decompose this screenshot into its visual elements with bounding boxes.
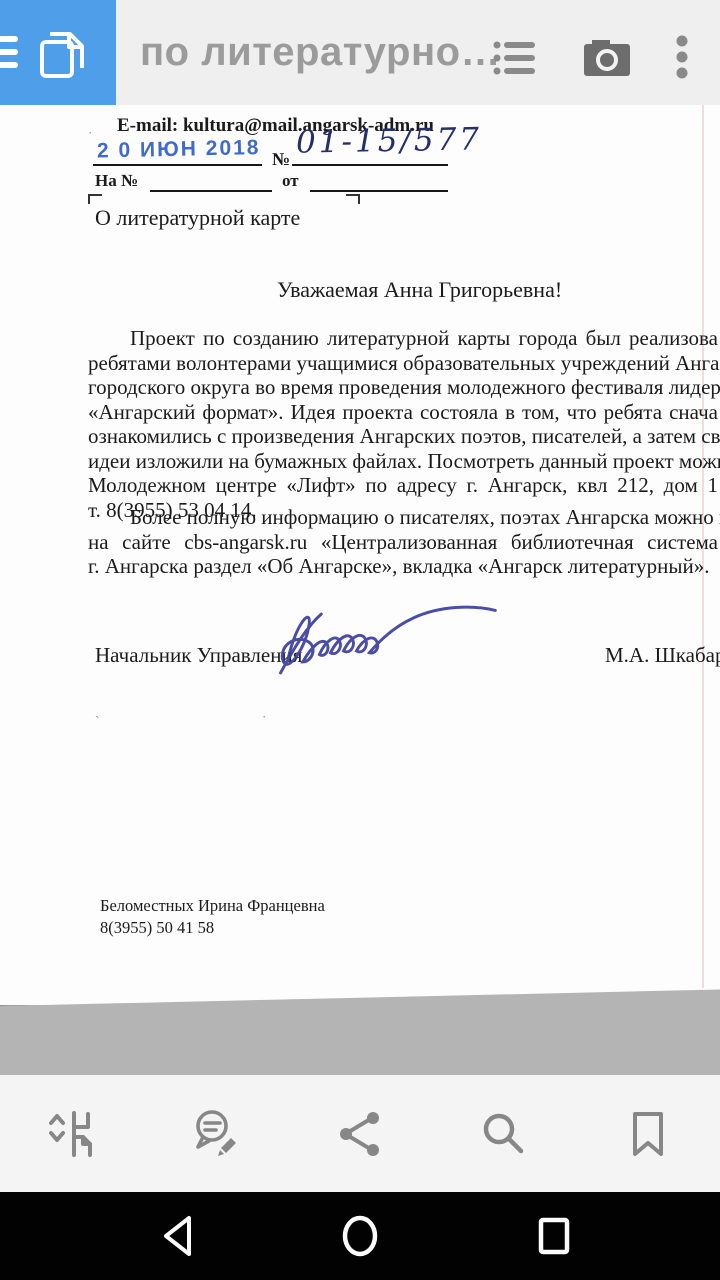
- scan-speck: ·: [88, 125, 92, 141]
- text-line: на сайте cbs-angarsk.ru «Централизованна…: [88, 530, 718, 555]
- ref-on-label: На №: [95, 171, 138, 191]
- date-underline: [93, 138, 262, 166]
- number-underline: [292, 138, 448, 166]
- document-pages-icon: [36, 30, 88, 80]
- ref-from-label: от: [282, 171, 299, 191]
- addressee-corner-left: [88, 194, 102, 204]
- ref-on-underline: [150, 167, 272, 192]
- contact-block: Беломестных Ирина Францевна 8(3955) 50 4…: [100, 895, 325, 939]
- scroll-mode-icon[interactable]: [47, 1109, 97, 1159]
- text-line: городского округа во время проведения мо…: [88, 375, 718, 400]
- contact-phone: 8(3955) 50 41 58: [100, 917, 325, 939]
- bookmark-icon[interactable]: [623, 1109, 673, 1159]
- text-line: идеи изложили на бумажных файлах. Посмот…: [88, 449, 718, 474]
- text-line: Более полную информацию о писателях, поэ…: [88, 505, 718, 530]
- camera-icon[interactable]: [580, 30, 634, 84]
- contents-list-icon[interactable]: [489, 30, 543, 84]
- scan-speck: ·: [262, 709, 266, 725]
- text-line: ребятами волонтерами учащимися образоват…: [88, 351, 718, 376]
- back-icon[interactable]: [158, 1214, 202, 1258]
- text-line: г. Ангарска раздел «Об Ангарске», вкладк…: [88, 554, 718, 579]
- number-label: №: [272, 149, 290, 170]
- contact-name: Беломестных Ирина Францевна: [100, 895, 325, 917]
- text-line: Молодежном центре «Лифт» по адресу г. Ан…: [88, 473, 718, 498]
- text-line: Проект по созданию литературной карты го…: [88, 326, 718, 351]
- clipped-inn-line: ИНН 3801131975: [288, 105, 415, 113]
- ref-from-underline: [310, 167, 448, 192]
- signer-name: М.А. Шкабарн: [605, 643, 720, 668]
- android-nav-bar: [0, 1192, 720, 1280]
- addressee-corner-right: [346, 194, 360, 204]
- hamburger-icon[interactable]: [0, 36, 18, 75]
- paragraph-1: Проект по созданию литературной карты го…: [88, 326, 720, 522]
- document-title: по литературно…: [140, 0, 501, 105]
- home-icon[interactable]: [338, 1214, 382, 1258]
- subject-line: О литературной карте: [95, 205, 300, 231]
- paragraph-2: Более полную информацию о писателях, поэ…: [88, 505, 720, 579]
- recents-icon[interactable]: [532, 1214, 576, 1258]
- text-line: «Ангарский формат». Идея проекта состоял…: [88, 400, 718, 425]
- bottom-toolbar: [0, 1075, 720, 1192]
- search-icon[interactable]: [479, 1109, 529, 1159]
- scan-speck: `: [95, 713, 99, 729]
- text-line: ознакомились с произведения Ангарских по…: [88, 424, 718, 449]
- document-switcher-button[interactable]: [0, 0, 116, 105]
- three-dot-menu-icon[interactable]: [655, 30, 709, 84]
- app-bar: по литературно…: [0, 0, 720, 105]
- pdf-viewer-screen: по литературно… ИНН 3801131975: [0, 0, 720, 1280]
- annotate-comment-icon[interactable]: [191, 1109, 241, 1159]
- document-page[interactable]: ИНН 3801131975 E-mail: kultura@mail.anga…: [0, 105, 720, 988]
- handwritten-signature: [262, 592, 512, 684]
- share-icon[interactable]: [335, 1109, 385, 1159]
- salutation: Уважаемая Анна Григорьевна!: [277, 277, 562, 303]
